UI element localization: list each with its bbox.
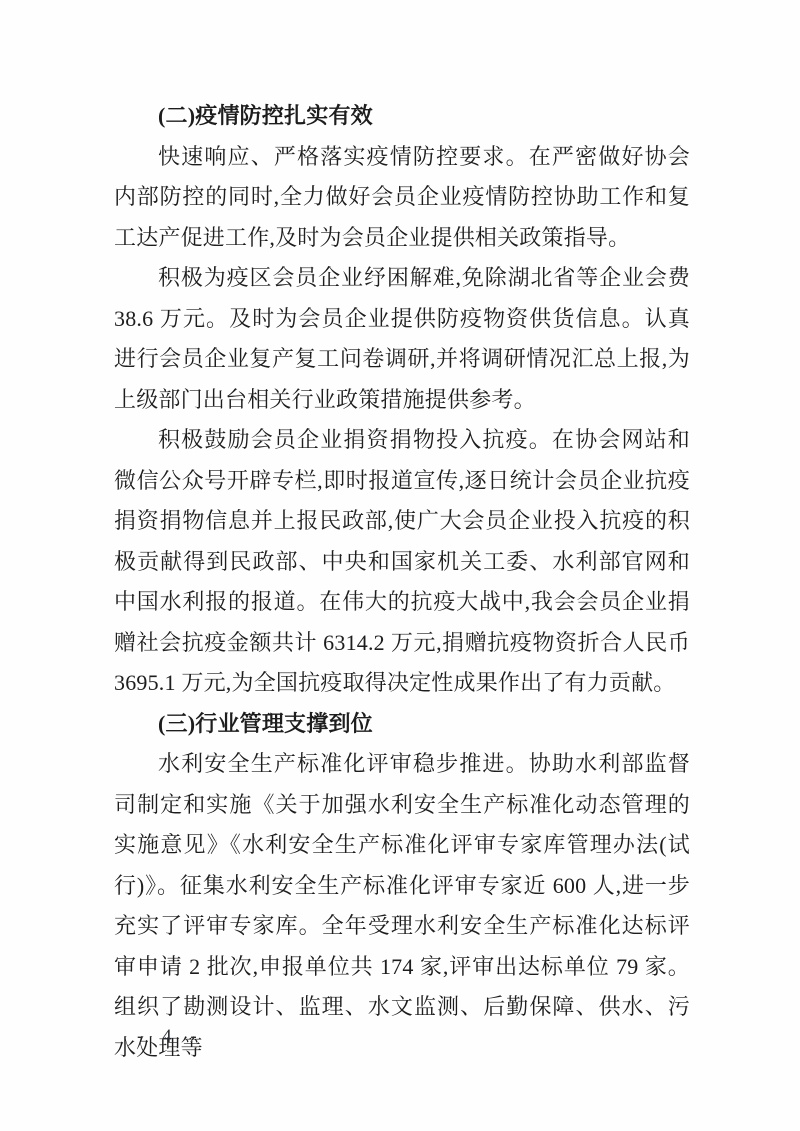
section-heading-epidemic-prevention: (二)疫情防控扎实有效 xyxy=(114,96,690,137)
document-page: (二)疫情防控扎实有效 快速响应、严格落实疫情防控要求。在严密做好协会内部防控的… xyxy=(0,0,800,1131)
page-number: - 4 - xyxy=(137,1026,204,1048)
body-paragraph: 积极为疫区会员企业纾困解难,免除湖北省等企业会费 38.6 万元。及时为会员企业… xyxy=(114,258,690,420)
section-heading-industry-management: (三)行业管理支撑到位 xyxy=(114,704,690,745)
body-paragraph: 积极鼓励会员企业捐资捐物投入抗疫。在协会网站和微信公众号开辟专栏,即时报道宣传,… xyxy=(114,420,690,704)
document-body: (二)疫情防控扎实有效 快速响应、严格落实疫情防控要求。在严密做好协会内部防控的… xyxy=(114,96,690,1068)
body-paragraph: 快速响应、严格落实疫情防控要求。在严密做好协会内部防控的同时,全力做好会员企业疫… xyxy=(114,137,690,259)
body-paragraph: 水利安全生产标准化评审稳步推进。协助水利部监督司制定和实施《关于加强水利安全生产… xyxy=(114,744,690,1068)
